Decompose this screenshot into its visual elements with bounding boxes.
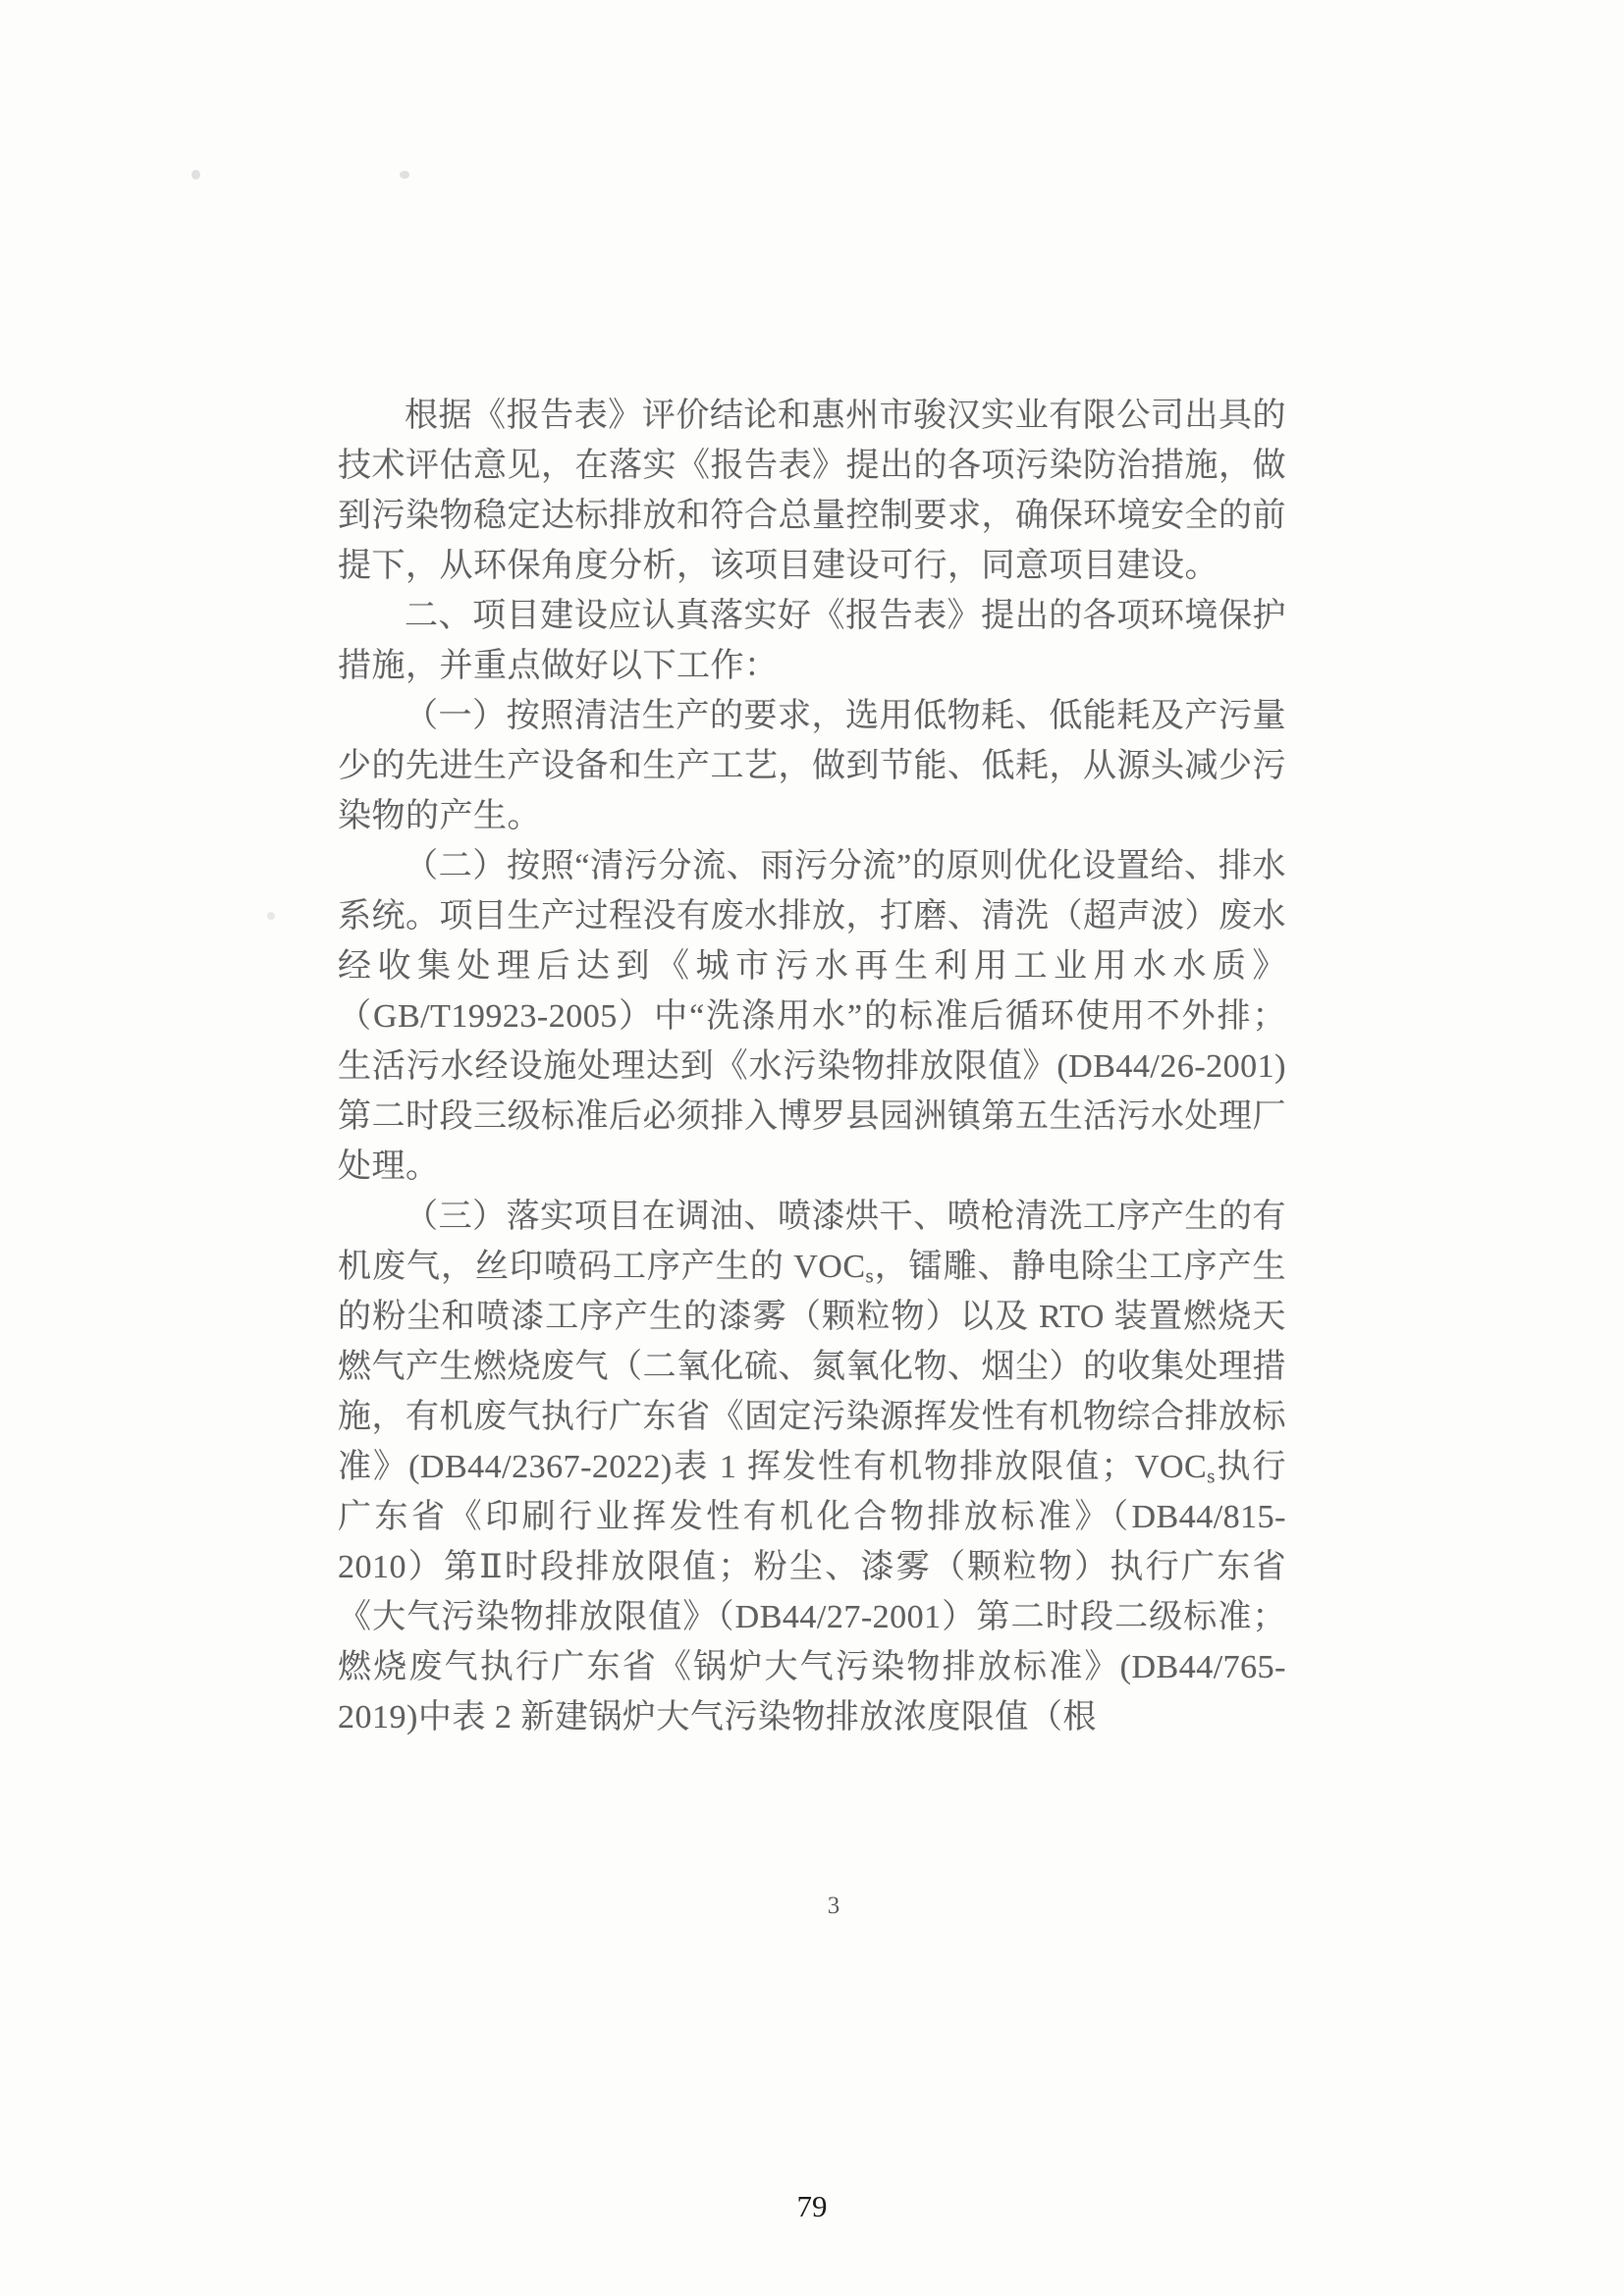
vocs-subscript: s — [866, 1263, 875, 1287]
scanned-document-page: 根据《报告表》评价结论和惠州市骏汉实业有限公司出具的技术评估意见，在落实《报告表… — [0, 0, 1624, 2296]
paragraph-item-three: （三）落实项目在调油、喷漆烘干、喷枪清洗工序产生的有机废气，丝印喷码工序产生的 … — [338, 1192, 1286, 1742]
paragraph-approval-conclusion: 根据《报告表》评价结论和惠州市骏汉实业有限公司出具的技术评估意见，在落实《报告表… — [338, 391, 1286, 591]
scan-smudge — [400, 171, 409, 179]
document-body: 根据《报告表》评价结论和惠州市骏汉实业有限公司出具的技术评估意见，在落实《报告表… — [338, 391, 1286, 1742]
footer-page-number: 79 — [338, 2189, 1286, 2224]
inner-page-number: 3 — [338, 1893, 1329, 1920]
paragraph-section-two: 二、项目建设应认真落实好《报告表》提出的各项环境保护措施，并重点做好以下工作： — [338, 591, 1286, 691]
paragraph-item-one: （一）按照清洁生产的要求，选用低物耗、低能耗及产污量少的先进生产设备和生产工艺，… — [338, 691, 1286, 841]
paragraph-item-three-run: 执行广东省《印刷行业挥发性有机化合物排放标准》（DB44/815-2010）第Ⅱ… — [338, 1449, 1286, 1735]
scan-smudge — [267, 912, 275, 920]
paragraph-item-two: （二）按照“清污分流、雨污分流”的原则优化设置给、排水系统。项目生产过程没有废水… — [338, 841, 1286, 1192]
scan-smudge — [191, 170, 200, 180]
vocs-subscript: s — [1207, 1464, 1216, 1487]
